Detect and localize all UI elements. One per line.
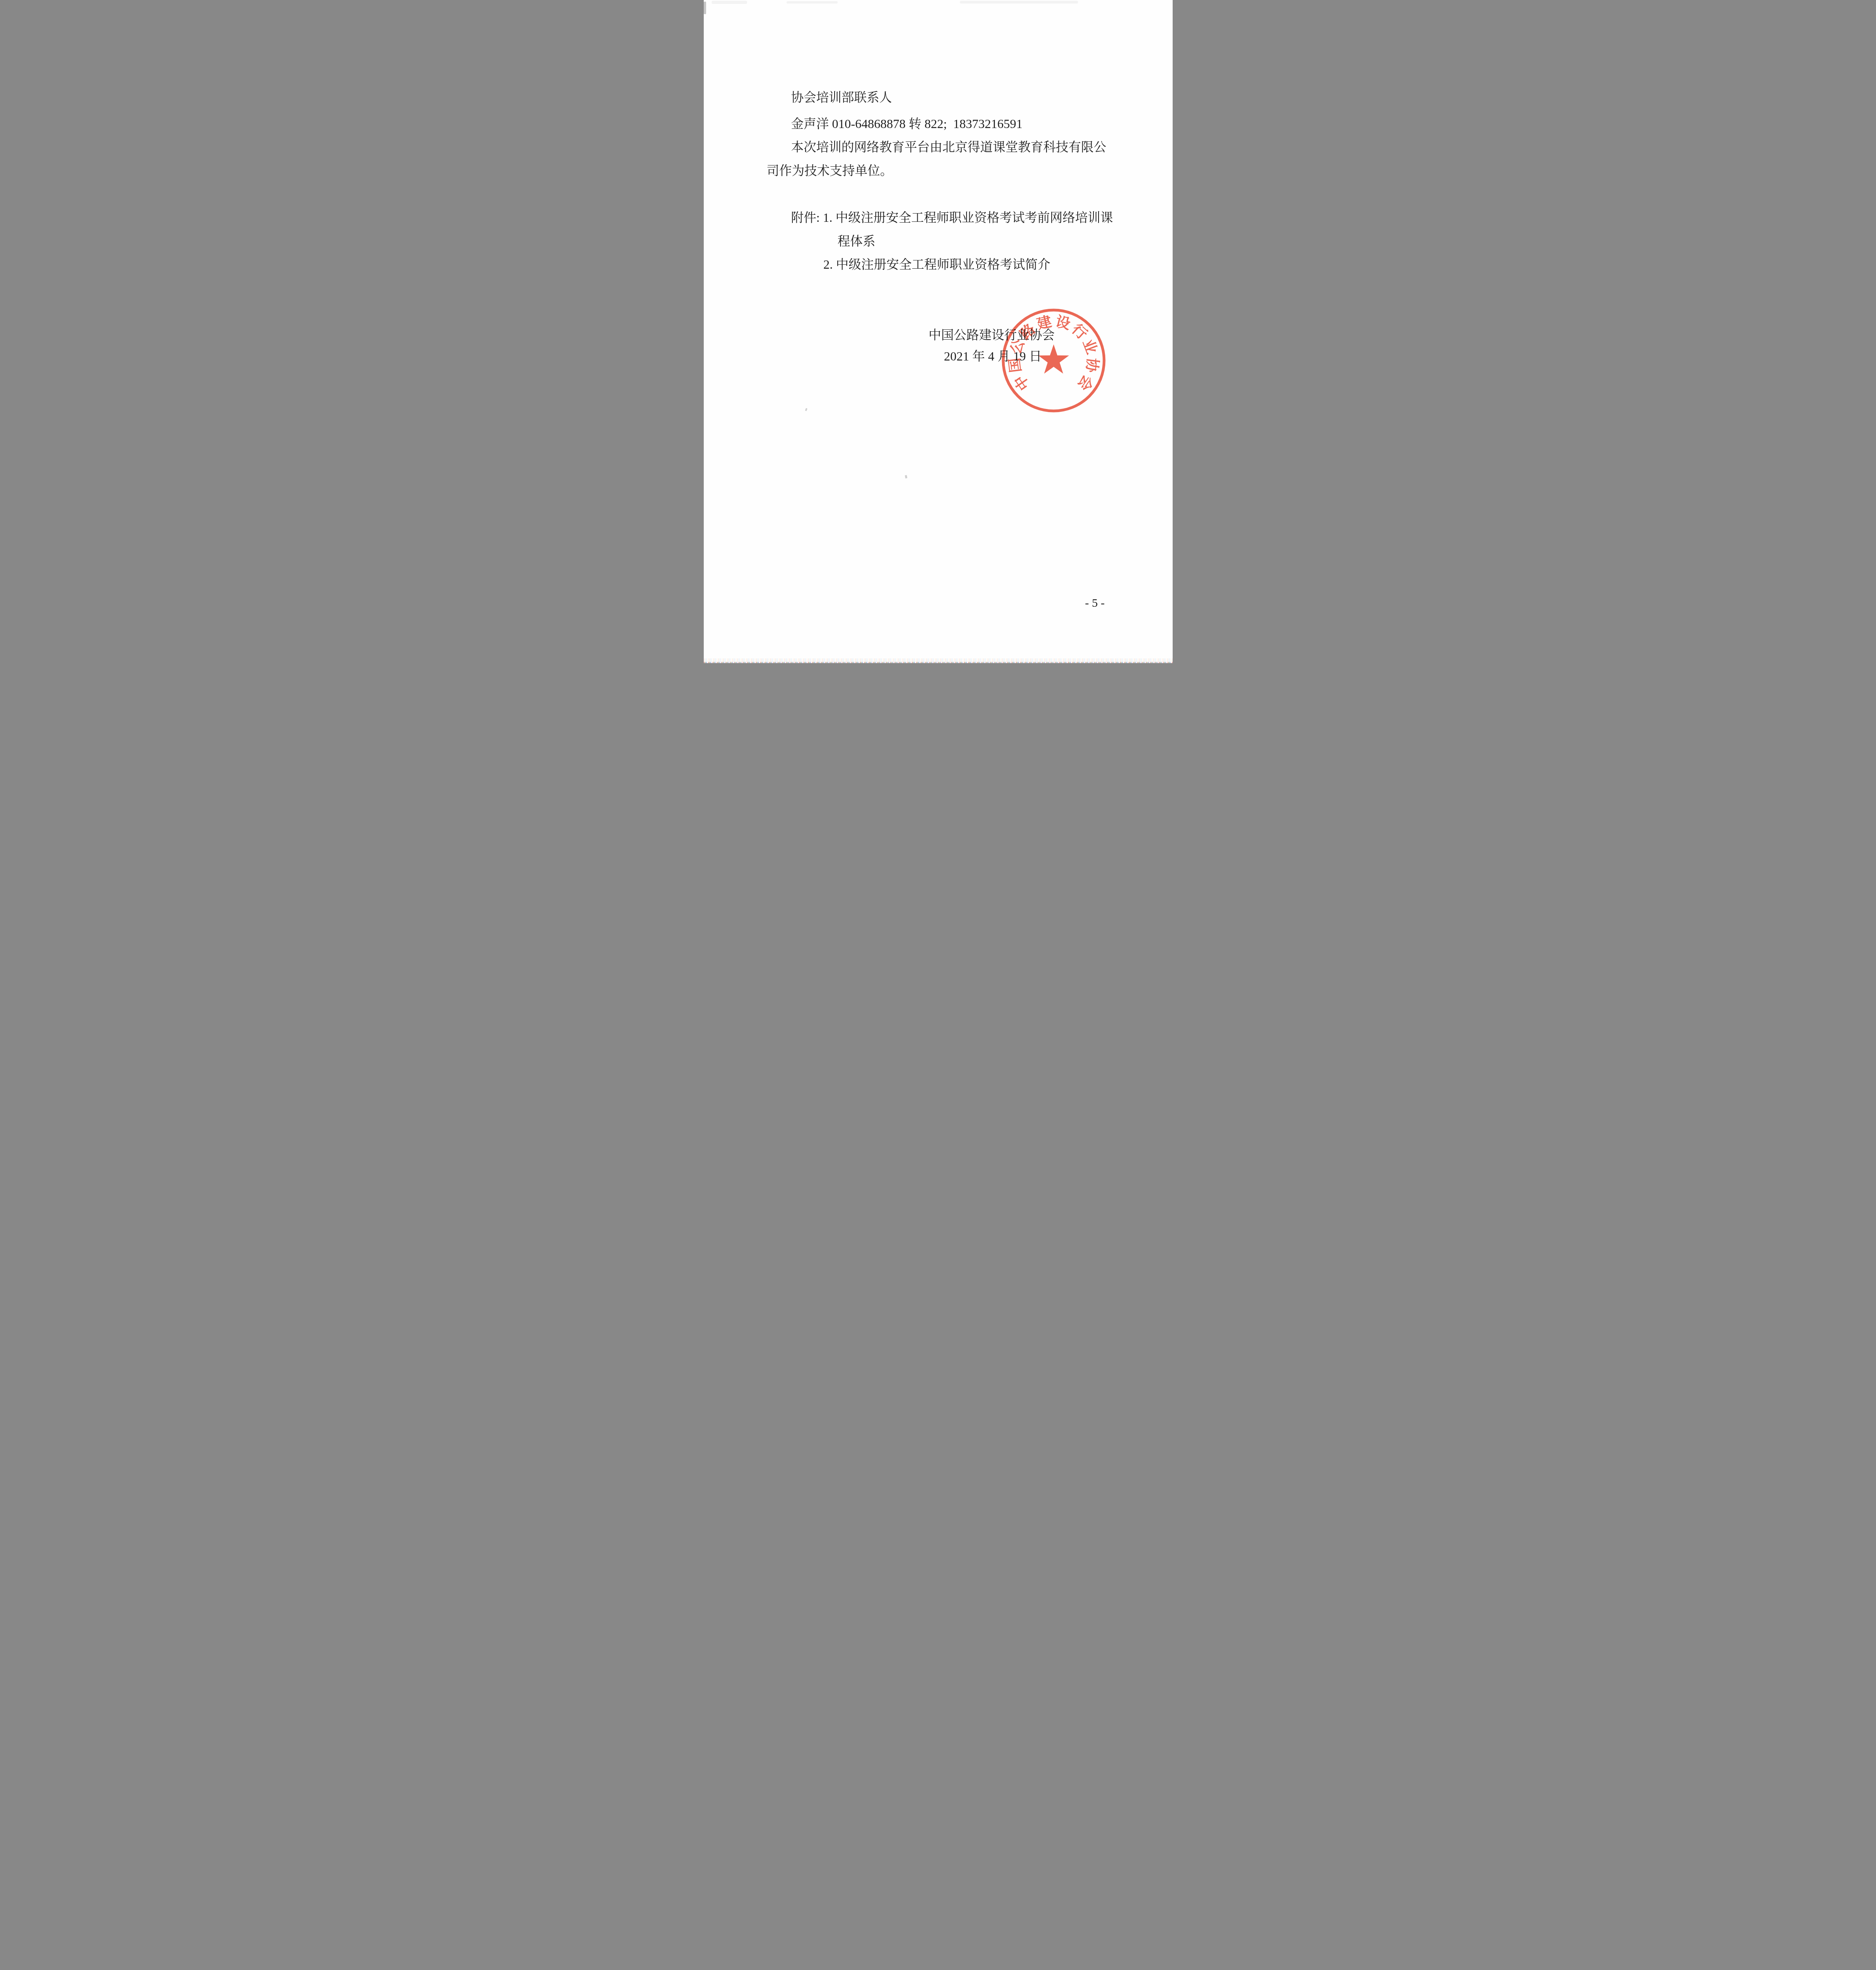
seal-char: 协	[1082, 357, 1101, 374]
seal-char: 国	[1006, 357, 1024, 374]
document-page: 协会培训部联系人 金声洋 010-64868878 转 822; 1837321…	[704, 0, 1173, 663]
seal-char: 建	[1035, 313, 1053, 333]
contact-info: 金声洋 010-64868878 转 822; 18373216591	[791, 116, 1023, 132]
seal-star-icon	[1038, 344, 1069, 374]
tech-support-line2: 司作为技术支持单位。	[767, 163, 893, 178]
official-seal: 中 国 公 路 建 设 行 业 协 会	[998, 305, 1109, 416]
attachment-line2: 程体系	[838, 233, 876, 249]
page-number: - 5 -	[1085, 596, 1105, 611]
scan-artifact	[786, 1, 838, 4]
scan-noise-line	[704, 662, 1173, 663]
scan-artifact	[712, 1, 747, 4]
scan-artifact	[960, 1, 1078, 4]
seal-char: 业	[1079, 337, 1100, 356]
seal-char: 设	[1054, 313, 1072, 333]
contact-title: 协会培训部联系人	[791, 89, 892, 105]
attachment-line1: 附件: 1. 中级注册安全工程师职业资格考试考前网络培训课	[791, 210, 1113, 225]
scan-speck	[805, 408, 807, 411]
scan-artifact	[704, 2, 706, 14]
attachment-line3: 2. 中级注册安全工程师职业资格考试简介	[824, 256, 1050, 272]
tech-support-line1: 本次培训的网络教育平台由北京得道课堂教育科技有限公	[791, 139, 1106, 155]
scan-speck	[905, 475, 907, 479]
